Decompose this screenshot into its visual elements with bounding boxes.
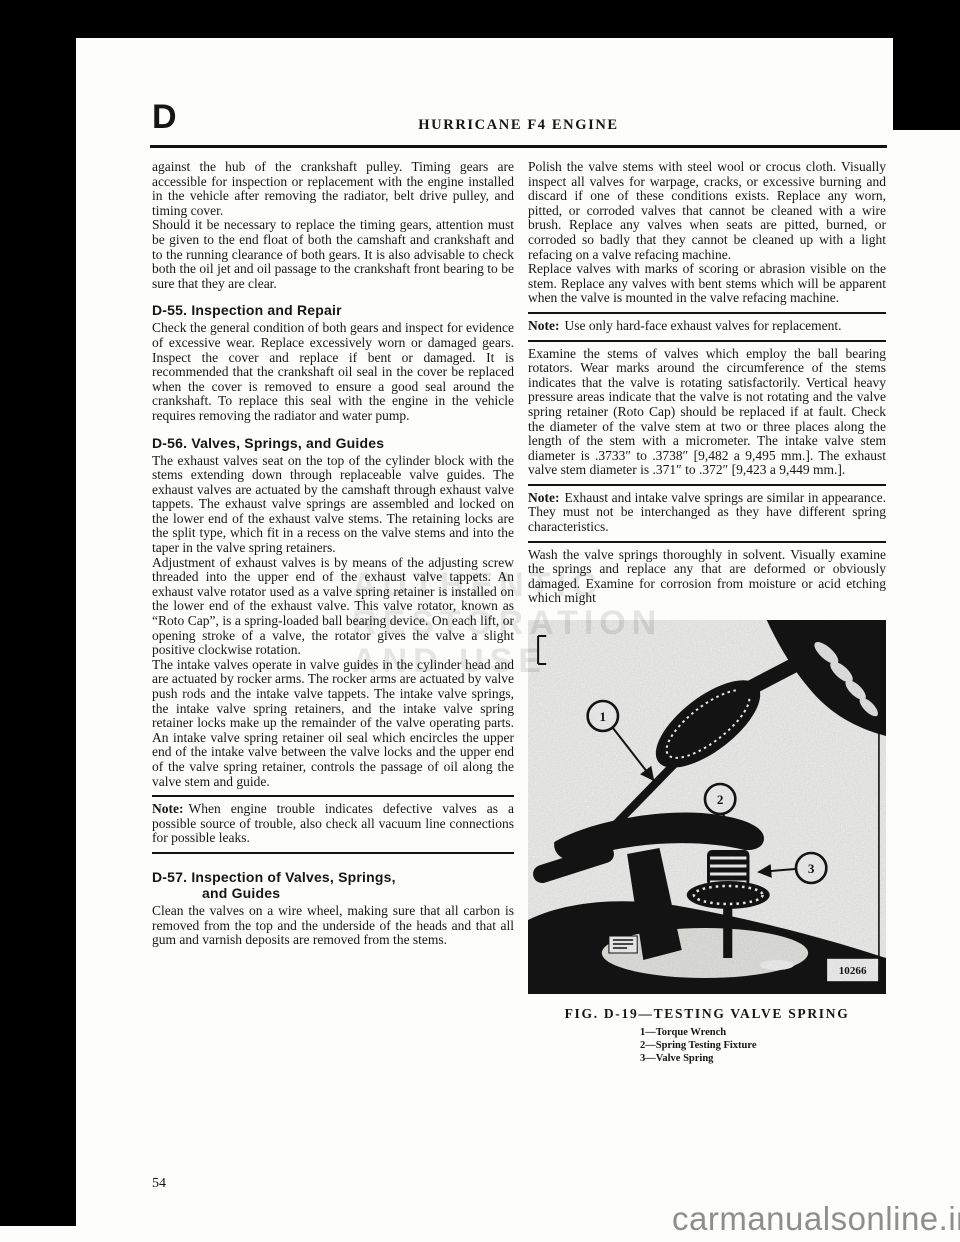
- figure-legend: 1—Torque Wrench 2—Spring Testing Fixture…: [640, 1026, 886, 1065]
- photo-grain: [528, 620, 886, 994]
- legend-item: 3—Valve Spring: [640, 1052, 886, 1065]
- figure-photo: 1 2 3 10266: [528, 620, 886, 994]
- note-springs: Note:Exhaust and intake valve springs ar…: [528, 491, 886, 535]
- page-header-title: HURRICANE F4 ENGINE: [150, 117, 887, 134]
- note-label: Note:: [152, 801, 183, 816]
- paragraph: The intake valves operate in valve guide…: [152, 658, 514, 789]
- divider-rule: [528, 541, 886, 543]
- paragraph: The exhaust valves seat on the top of th…: [152, 454, 514, 556]
- site-watermark: carmanualsonline.info: [672, 1200, 960, 1238]
- heading-d57-line1: D-57. Inspection of Valves, Springs,: [152, 869, 396, 885]
- paragraph: against the hub of the crankshaft pulley…: [152, 160, 514, 218]
- heading-d57-line2: and Guides: [202, 885, 514, 901]
- scan-edge-top: [0, 0, 960, 38]
- scan-edge-left: [0, 0, 76, 1226]
- divider-rule: [152, 795, 514, 797]
- right-column: Polish the valve stems with steel wool o…: [528, 160, 886, 1065]
- paragraph: Polish the valve stems with steel wool o…: [528, 160, 886, 262]
- heading-d56: D-56. Valves, Springs, and Guides: [152, 435, 514, 451]
- heading-d55: D-55. Inspection and Repair: [152, 302, 514, 318]
- divider-rule: [528, 484, 886, 486]
- note-vacuum: Note:When engine trouble indicates defec…: [152, 802, 514, 846]
- note-text: Exhaust and intake valve springs are sim…: [528, 490, 886, 534]
- figure-d19: 1 2 3 10266 FIG. D-19—TESTING VALVE SPRI…: [528, 620, 886, 1065]
- note-label: Note:: [528, 318, 559, 333]
- paragraph: Clean the valves on a wire wheel, making…: [152, 904, 514, 948]
- paragraph: Wash the valve springs thoroughly in sol…: [528, 548, 886, 606]
- header-rule: [150, 145, 887, 148]
- left-column: against the hub of the crankshaft pulley…: [152, 160, 514, 948]
- figure-caption: FIG. D-19—TESTING VALVE SPRING: [528, 1007, 886, 1022]
- scan-edge-corner: [893, 0, 960, 130]
- legend-item: 1—Torque Wrench: [640, 1026, 886, 1039]
- heading-d57: D-57. Inspection of Valves, Springs, and…: [152, 869, 514, 901]
- note-text: When engine trouble indicates defective …: [152, 801, 514, 845]
- page-number: 54: [152, 1176, 166, 1192]
- note-hard-face: Note:Use only hard-face exhaust valves f…: [528, 319, 886, 334]
- paragraph: Check the general condition of both gear…: [152, 321, 514, 423]
- manual-page: AUTHENTIC RESTORATION AND USE D HURRICAN…: [0, 0, 960, 1242]
- paragraph: Adjustment of exhaust valves is by means…: [152, 556, 514, 658]
- paragraph: Should it be necessary to replace the ti…: [152, 218, 514, 291]
- paragraph: Replace valves with marks of scoring or …: [528, 262, 886, 306]
- legend-item: 2—Spring Testing Fixture: [640, 1039, 886, 1052]
- note-label: Note:: [528, 490, 559, 505]
- paragraph: Examine the stems of valves which employ…: [528, 347, 886, 478]
- note-text: Use only hard-face exhaust valves for re…: [564, 318, 841, 333]
- divider-rule: [152, 852, 514, 854]
- divider-rule: [528, 340, 886, 342]
- divider-rule: [528, 312, 886, 314]
